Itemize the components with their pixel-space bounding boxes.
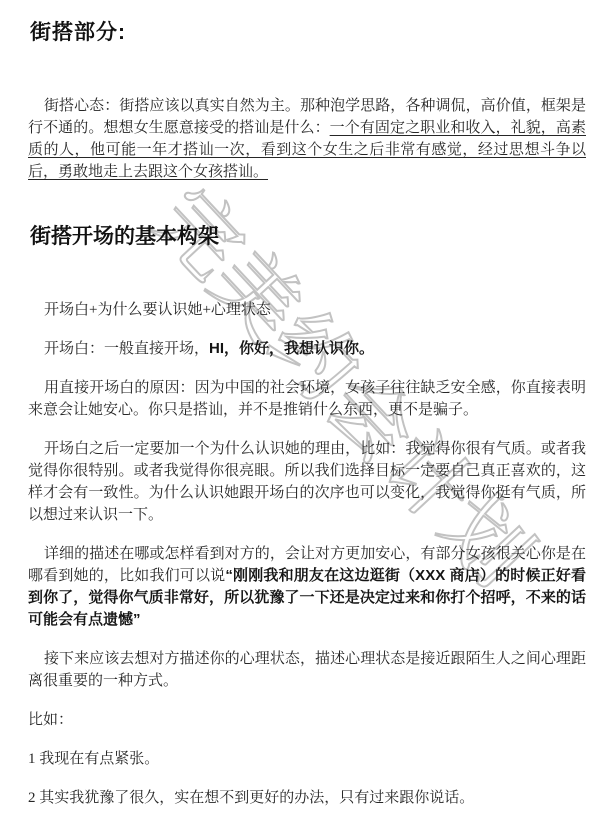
- paragraph: 1 我现在有点紧张。: [28, 748, 586, 770]
- text-run: 用直接开场白的原因：因为中国的社会环境，女孩子往往缺乏安全感，你直接表明来意会让…: [28, 380, 586, 418]
- text-run: 接下来应该去想对方描述你的心理状态，描述心理状态是接近跟陌生人之间心理距离很重要…: [28, 651, 586, 689]
- paragraph: 2 其实我犹豫了很久，实在想不到更好的办法，只有过来跟你说话。: [28, 787, 586, 809]
- text-run: 比如：: [28, 712, 73, 728]
- text-run: 开场白：一般直接开场，: [44, 341, 209, 357]
- text-run: 街搭部分:: [30, 21, 126, 44]
- paragraph: 比如：: [28, 709, 586, 731]
- paragraph: 接下来应该去想对方描述你的心理状态，描述心理状态是接近跟陌生人之间心理距离很重要…: [28, 648, 586, 692]
- document-page: 街搭部分:街搭心态：街搭应该以真实自然为主。那种泡学思路，各种调侃，高价值，框架…: [0, 0, 616, 809]
- bold-text: HI，你好，我想认识你。: [209, 340, 374, 357]
- paragraph: 详细的描述在哪或怎样看到对方的，会让对方更加安心，有部分女孩很关心你是在哪看到她…: [28, 543, 586, 631]
- document-title: 街搭部分:: [30, 20, 586, 46]
- paragraph: 开场白之后一定要加一个为什么认识她的理由，比如：我觉得你很有气质。或者我觉得你很…: [28, 438, 586, 526]
- paragraph: 街搭心态：街搭应该以真实自然为主。那种泡学思路，各种调侃，高价值，框架是行不通的…: [28, 95, 586, 183]
- paragraph: 开场白+为什么要认识她+心理状态: [28, 299, 586, 321]
- text-run: 开场白+为什么要认识她+心理状态: [44, 302, 271, 318]
- text-run: 开场白之后一定要加一个为什么认识她的理由，比如：我觉得你很有气质。或者我觉得你很…: [28, 441, 586, 523]
- paragraph: 开场白：一般直接开场，HI，你好，我想认识你。: [28, 338, 586, 360]
- paragraph: 用直接开场白的原因：因为中国的社会环境，女孩子往往缺乏安全感，你直接表明来意会让…: [28, 377, 586, 421]
- text-run: 街搭开场的基本构架: [30, 225, 219, 248]
- text-run: 2 其实我犹豫了很久，实在想不到更好的办法，只有过来跟你说话。: [28, 790, 474, 806]
- section-heading: 街搭开场的基本构架: [30, 224, 586, 250]
- text-run: 1 我现在有点紧张。: [28, 751, 159, 767]
- document-body: 街搭部分:街搭心态：街搭应该以真实自然为主。那种泡学思路，各种调侃，高价值，框架…: [28, 20, 586, 809]
